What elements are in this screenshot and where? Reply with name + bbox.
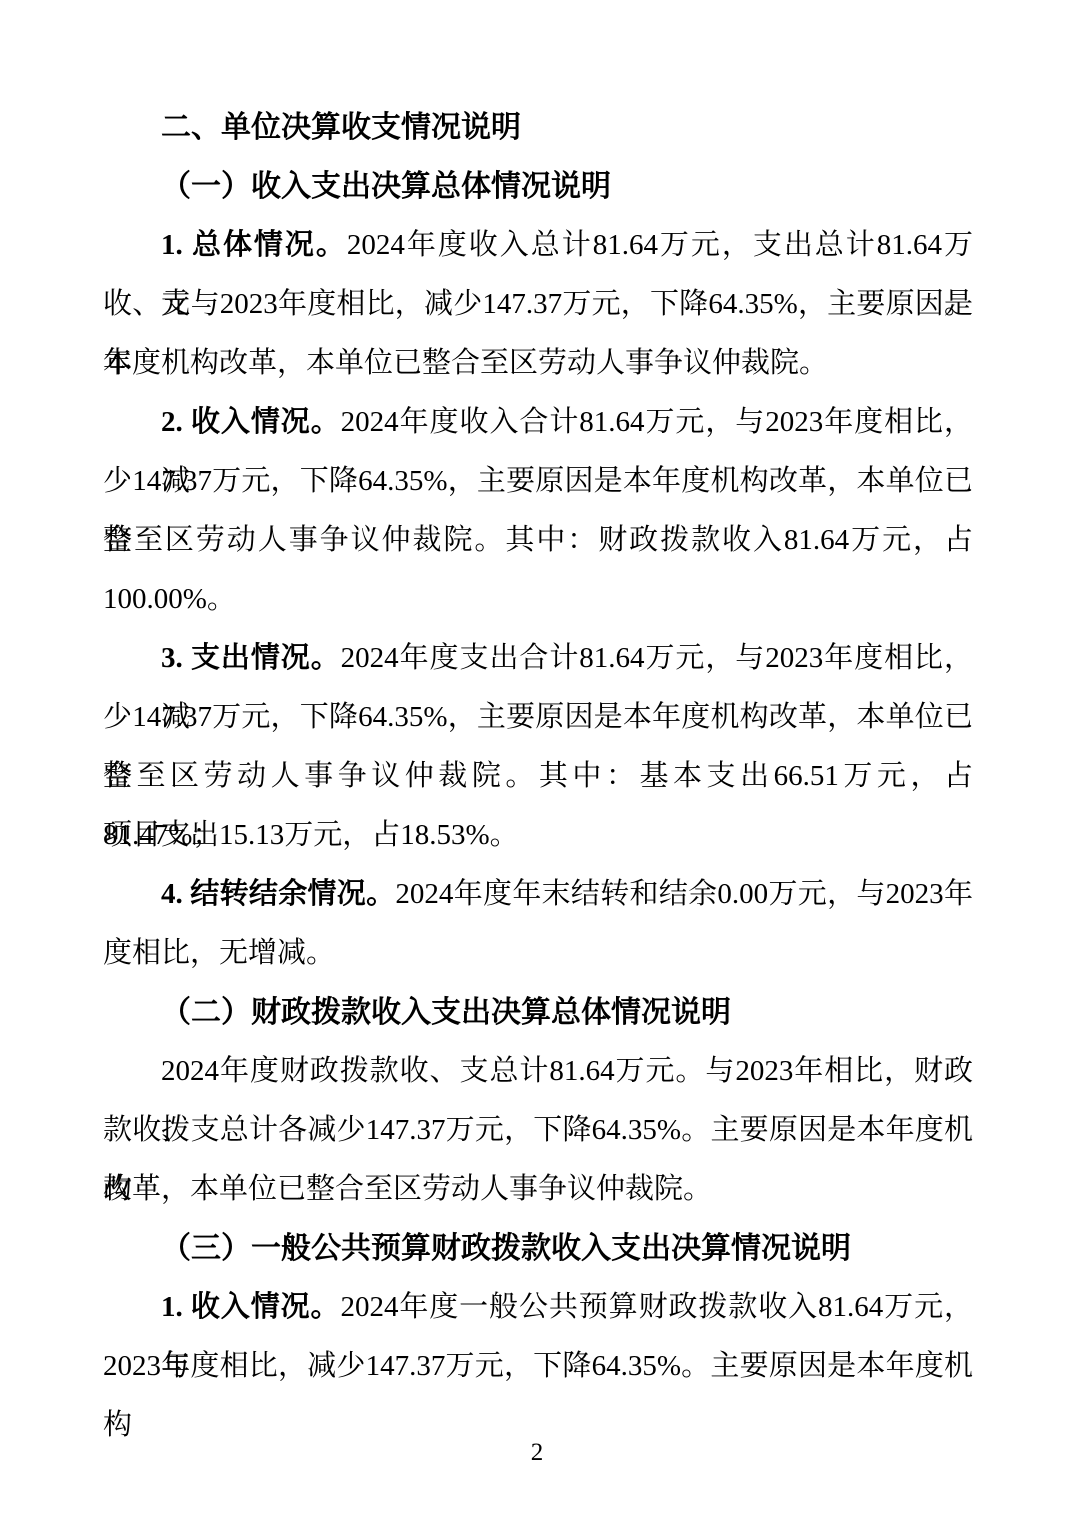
- paragraph-lead-label: 1. 收入情况。: [161, 1291, 340, 1323]
- paragraph-line: 改革，本单位已整合至区劳动人事争议仲裁院。: [103, 1160, 973, 1219]
- paragraph-line: 1. 总体情况。2024年度收入总计81.64万元，支出总计81.64万元。: [103, 216, 973, 275]
- paragraph-line: 少147.37万元，下降64.35%，主要原因是本年度机构改革，本单位已整: [103, 452, 973, 511]
- paragraph-line: 2024年度财政拨款收、支总计81.64万元。与2023年相比，财政拨: [103, 1042, 973, 1101]
- page-content: 二、单位决算收支情况说明 （一）收入支出决算总体情况说明 1. 总体情况。202…: [103, 98, 973, 1396]
- paragraph-line: 项目支出15.13万元，占18.53%。: [103, 806, 973, 865]
- paragraph-lead-label: 2. 收入情况。: [161, 406, 341, 438]
- paragraph-lead-label: 3. 支出情况。: [161, 642, 341, 674]
- page-number: 2: [0, 1433, 1074, 1473]
- section-heading-level1: 二、单位决算收支情况说明: [103, 98, 973, 157]
- document-page: 二、单位决算收支情况说明 （一）收入支出决算总体情况说明 1. 总体情况。202…: [0, 0, 1074, 1520]
- paragraph-line: 4. 结转结余情况。2024年度年末结转和结余0.00万元，与2023年: [103, 865, 973, 924]
- paragraph-line: 合至区劳动人事争议仲裁院。其中：基本支出66.51万元，占81.47%；: [103, 747, 973, 806]
- paragraph-line: 度相比，无增减。: [103, 924, 973, 983]
- section-heading-fiscal-appropriation-overview: （二）财政拨款收入支出决算总体情况说明: [103, 983, 973, 1042]
- paragraph-lead-label: 4. 结转结余情况。: [161, 878, 395, 910]
- paragraph-line: 合至区劳动人事争议仲裁院。其中：财政拨款收入81.64万元，占: [103, 511, 973, 570]
- paragraph-text: 2024年度年末结转和结余0.00万元，与2023年: [395, 878, 973, 910]
- paragraph-line: 少147.37万元，下降64.35%，主要原因是本年度机构改革，本单位已整: [103, 688, 973, 747]
- paragraph-line: 1. 收入情况。2024年度一般公共预算财政拨款收入81.64万元，与: [103, 1278, 973, 1337]
- section-heading-general-public-budget: （三）一般公共预算财政拨款收入支出决算情况说明: [103, 1219, 973, 1278]
- paragraph-line: 100.00%。: [103, 570, 973, 629]
- paragraph-line: 收、支与2023年度相比，减少147.37万元，下降64.35%，主要原因是本: [103, 275, 973, 334]
- paragraph-line: 年度机构改革，本单位已整合至区劳动人事争议仲裁院。: [103, 334, 973, 393]
- paragraph-line: 2. 收入情况。2024年度收入合计81.64万元，与2023年度相比，减: [103, 393, 973, 452]
- section-heading-income-expense-overview: （一）收入支出决算总体情况说明: [103, 157, 973, 216]
- paragraph-line: 2023年度相比，减少147.37万元，下降64.35%。主要原因是本年度机构: [103, 1337, 973, 1396]
- paragraph-line: 3. 支出情况。2024年度支出合计81.64万元，与2023年度相比，减: [103, 629, 973, 688]
- paragraph-lead-label: 1. 总体情况。: [161, 229, 347, 261]
- paragraph-line: 款收、支总计各减少147.37万元，下降64.35%。主要原因是本年度机构: [103, 1101, 973, 1160]
